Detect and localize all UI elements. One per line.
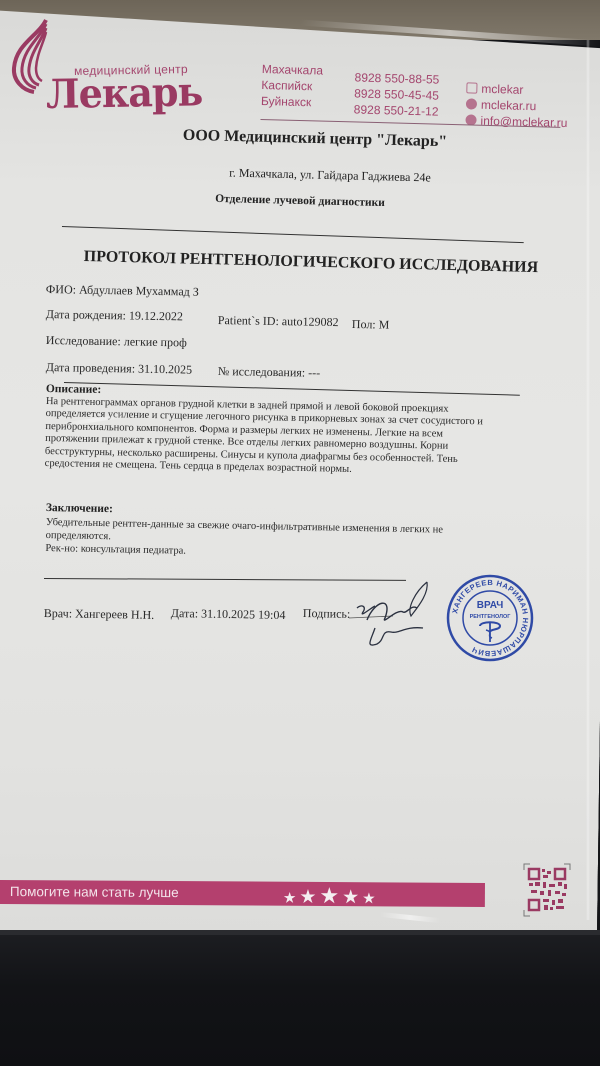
contact-block: Махачкала Каспийск Буйнакск 8928 550-88-…: [260, 62, 582, 136]
star-icon[interactable]: ★: [342, 886, 359, 909]
stamp-title: ВРАЧ: [477, 600, 504, 611]
logo-name: Лекарь: [46, 68, 203, 118]
study-number: № исследования: ---: [218, 364, 321, 381]
phone-number: 8928 550-45-45: [354, 86, 439, 102]
star-icon[interactable]: ★: [362, 889, 376, 908]
phone-number: 8928 550-88-55: [354, 70, 439, 86]
social-instagram: mclekar: [466, 81, 523, 96]
background-bottom: [0, 935, 600, 1066]
patient-id: Patient`s ID: auto129082: [218, 313, 339, 330]
clinic-logo: медицинский центр Лекарь: [8, 18, 188, 98]
instagram-icon: [466, 82, 477, 93]
description-text: На рентгенограммах органов грудной клетк…: [45, 396, 546, 480]
stamp-subtitle: РЕНТГЕНОЛОГ: [470, 614, 512, 620]
birth-date: Дата рождения: 19.12.2022: [46, 307, 183, 324]
description-label: Описание:: [46, 383, 102, 396]
study-type: Исследование: легкие проф: [46, 333, 187, 350]
study-date: Дата проведения: 31.10.2025: [46, 360, 192, 378]
signature-icon: [345, 578, 440, 653]
web-icon: [466, 98, 477, 109]
city-name: Махачкала: [262, 62, 324, 78]
star-icon[interactable]: ★: [283, 889, 297, 908]
social-label: mclekar.ru: [481, 98, 537, 113]
conclusion-label: Заключение:: [46, 502, 113, 515]
signoff-date: Дата: 31.10.2025 19:04: [171, 606, 286, 623]
city-name: Буйнакск: [261, 94, 312, 109]
star-icon[interactable]: ★: [319, 883, 339, 909]
patient-name: ФИО: Абдуллаев Мухаммад З: [46, 282, 199, 300]
phone-number: 8928 550-21-12: [354, 102, 439, 118]
feedback-banner[interactable]: Помогите нам стать лучше ★★★★★: [0, 880, 485, 907]
rating-stars[interactable]: ★★★★★: [283, 883, 379, 910]
banner-text: Помогите нам стать лучше: [10, 884, 179, 900]
caduceus-icon: [480, 622, 500, 642]
social-website: mclekar.ru: [466, 97, 537, 113]
star-icon[interactable]: ★: [299, 886, 316, 909]
social-label: mclekar: [481, 82, 523, 97]
doctor-stamp: ХАНГЕРЕЕВ НАРИМАН НЮРПАШАЕВИЧ ВРАЧ РЕНТГ…: [446, 574, 534, 662]
city-name: Каспийск: [261, 78, 312, 93]
qr-code-icon[interactable]: [522, 862, 572, 918]
doctor-name: Врач: Хангереев Н.Н.: [44, 606, 155, 623]
signature-label: Подпись:: [303, 606, 351, 622]
patient-sex: Пол: М: [352, 317, 390, 333]
